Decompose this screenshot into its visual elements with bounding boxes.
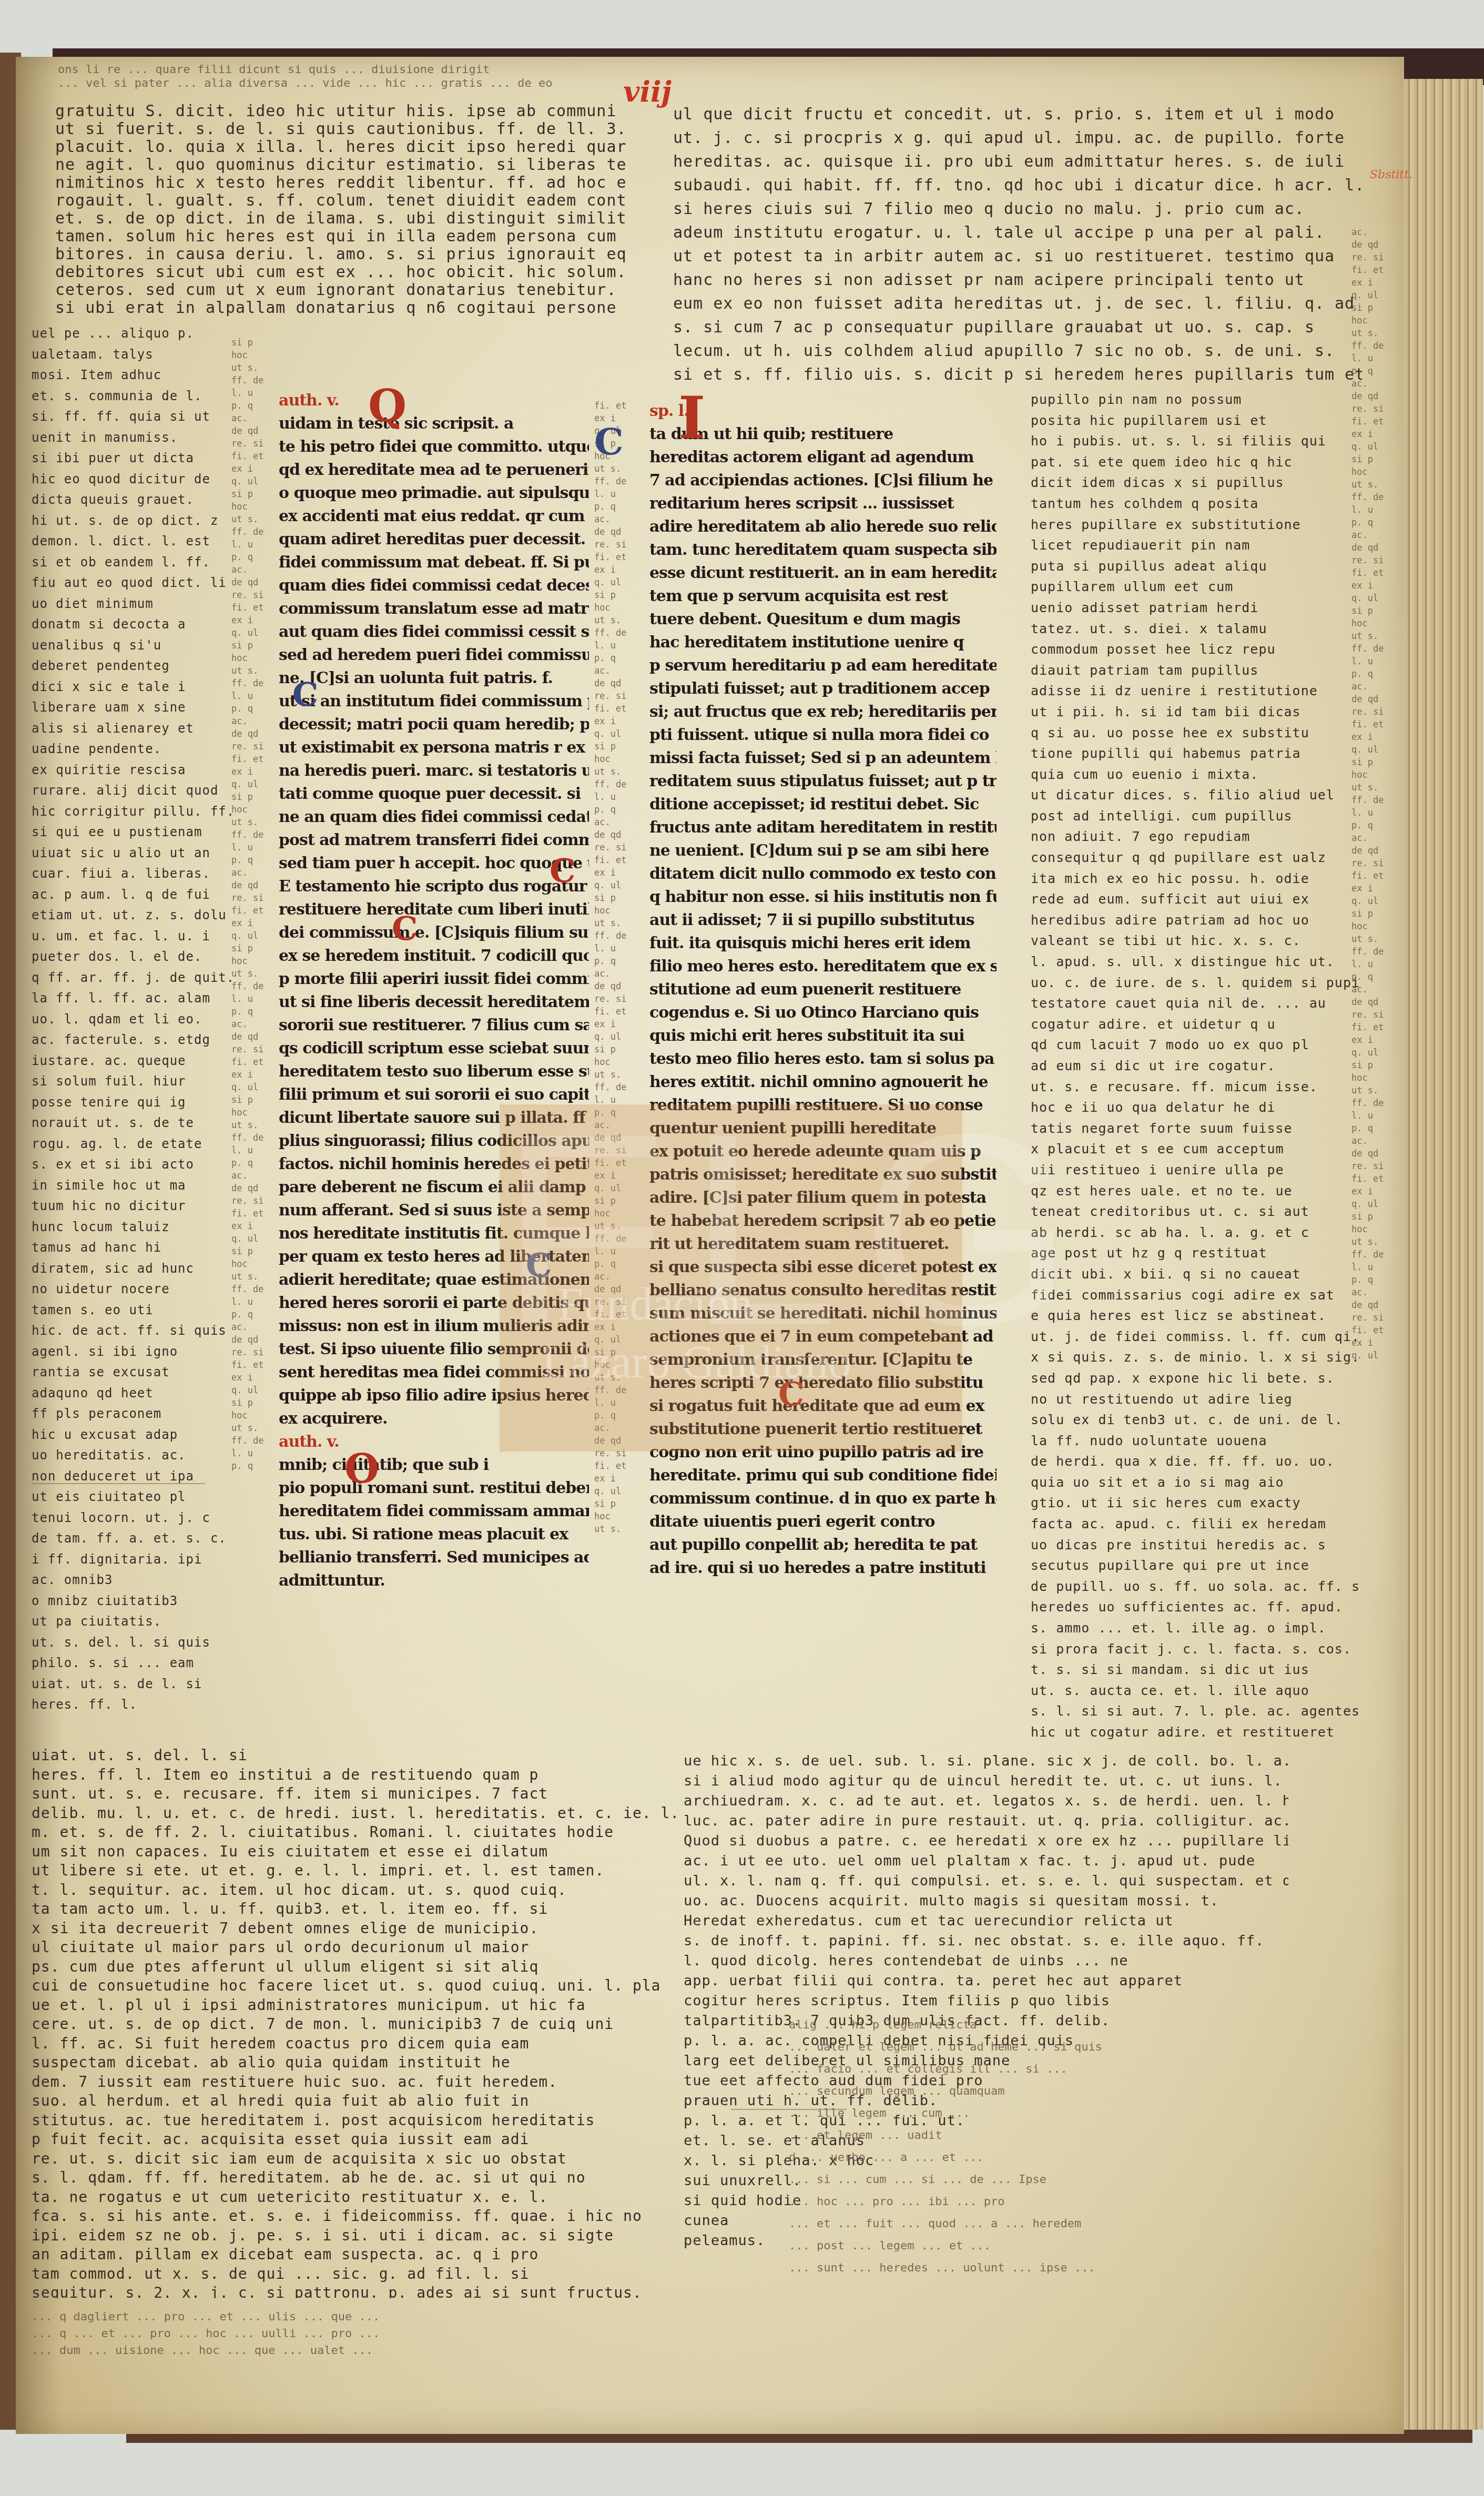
interlinear-note: ex i bbox=[231, 1069, 279, 1081]
text-line: sempronium transferentur. [C]apitu te bbox=[649, 1348, 997, 1372]
interlinear-note: ff. de bbox=[231, 526, 279, 539]
interlinear-note: ff. de bbox=[231, 677, 279, 690]
text-line: uo hereditatis. ac. bbox=[32, 1445, 237, 1466]
text-line: an aditam. pillam ex dicebat eam suspect… bbox=[32, 2245, 689, 2265]
text-line: ... post ... legem ... et ... bbox=[789, 2235, 1367, 2257]
text-line: ut. s. del. l. si quis bbox=[32, 1632, 237, 1653]
interlinear-note: ff. de bbox=[1351, 643, 1394, 655]
interlinear-note: p. q bbox=[1351, 668, 1394, 681]
text-line: i ff. dignitaria. ipi bbox=[32, 1549, 237, 1570]
interlinear-note: ff. de bbox=[1351, 340, 1394, 352]
text-line: ... q ... et ... pro ... hoc ... uulli .… bbox=[32, 2326, 715, 2342]
interlinear-note: fi. et bbox=[594, 400, 649, 412]
interlinear-note: p. q bbox=[594, 652, 649, 665]
text-line: hic u excusat adap bbox=[32, 1425, 237, 1446]
interlinear-note: ut s. bbox=[594, 917, 649, 930]
text-line: ex accidenti mat eius reddat. qr cum an bbox=[279, 505, 589, 528]
text-line: ut et potest ta in arbitr autem ac. si u… bbox=[673, 245, 1362, 268]
text-line: auth. v. bbox=[279, 1430, 589, 1454]
interlinear-note: fi. et bbox=[1351, 1324, 1394, 1337]
interlinear-note: ac. bbox=[594, 1422, 649, 1435]
interlinear-note: si p bbox=[594, 892, 649, 905]
text-line: donatm si decocta a bbox=[32, 614, 237, 635]
interlinear-note: de qd bbox=[231, 879, 279, 892]
text-line: ... vel si pater ... alia diversa ... vi… bbox=[58, 77, 1362, 90]
text-line: reditatem suus stipulatus fuisset; aut p… bbox=[649, 770, 997, 793]
interlinear-note: ex i bbox=[1351, 731, 1394, 744]
text-line: si ibi puer ut dicta bbox=[32, 448, 237, 469]
interlinear-note: ut s. bbox=[1351, 933, 1394, 946]
text-line: bitores. in causa deriu. l. amo. s. si p… bbox=[55, 246, 626, 263]
text-line: ut. s. aucta ce. et. l. ille aquo bbox=[1031, 1680, 1362, 1701]
text-line: alig ... hi p legem relicta bbox=[789, 2014, 1367, 2036]
text-line: ut si fine liberis decessit hereditatem … bbox=[279, 991, 589, 1014]
interlinear-note: re. si bbox=[1351, 1009, 1394, 1021]
interlinear-note: q. ul bbox=[1351, 441, 1394, 453]
text-line: alis si alienarey et bbox=[32, 718, 237, 739]
text-line: tantum hes colhdem q posita bbox=[1031, 493, 1362, 514]
text-line: non adiuit. 7 ego repudiam bbox=[1031, 826, 1362, 847]
text-line: tamen. solum hic heres est qui in illa e… bbox=[55, 228, 626, 246]
interlinear-note: ut s. bbox=[594, 1372, 649, 1384]
text-line: cuar. fiui a. liberas. bbox=[32, 864, 237, 885]
text-line: si que suspecta sibi esse diceret potest… bbox=[649, 1256, 997, 1279]
text-line: nimitinos hic x testo heres reddit liben… bbox=[55, 174, 626, 192]
interlinear-note: p. q bbox=[231, 1460, 279, 1473]
text-line: ad ire. qui si uo heredes a patre instit… bbox=[649, 1557, 997, 1580]
interlinear-note: p. q bbox=[594, 1258, 649, 1271]
text-line: aut ii adisset; 7 ii si pupillo substitu… bbox=[649, 909, 997, 932]
text-line: ualetaam. talys bbox=[32, 344, 237, 366]
text-line: app. uerbat filii qui contra. ta. peret … bbox=[684, 1971, 1288, 1991]
interlinear-note: q. ul bbox=[594, 576, 649, 589]
text-line: no uidetur nocere bbox=[32, 1279, 237, 1300]
interlinear-note: q. ul bbox=[1351, 1198, 1394, 1211]
text-line: ... dum ... uisione ... hoc ... que ... … bbox=[32, 2342, 715, 2359]
interlinear-note: ut s. bbox=[594, 1523, 649, 1536]
text-line: nos hereditate institutis fit. cumque he… bbox=[279, 1222, 589, 1245]
text-line: ... ille legem ... cum ... bbox=[789, 2103, 1367, 2125]
interlinear-note: l. u bbox=[1351, 1261, 1394, 1274]
text-line: ad eum si dic ut ire cogatur. bbox=[1031, 1056, 1362, 1077]
interlinear-note: ex i bbox=[594, 1321, 649, 1334]
interlinear-note: hoc bbox=[231, 501, 279, 513]
text-line: q ff. ar. ff. j. de quit. bbox=[32, 968, 237, 989]
text-line: stitutione ad eum puenerit restituere bbox=[649, 978, 997, 1001]
text-line: age post ut hz g q restituat bbox=[1031, 1243, 1362, 1264]
text-line: uenio adisset patriam herdi bbox=[1031, 597, 1362, 618]
text-line: x si quis. z. s. de minio. l. x si sig. … bbox=[1031, 1347, 1362, 1368]
text-line: tam. tunc hereditatem quam suspecta sibi bbox=[649, 539, 997, 562]
text-line: ac. facterule. s. etdg bbox=[32, 1030, 237, 1051]
interlinear-note: re. si bbox=[1351, 1160, 1394, 1173]
text-line: de herdi. qua x die. ff. ff. uo. uo. bbox=[1031, 1451, 1362, 1472]
text-line: belliano senatus consulto hereditas rest… bbox=[649, 1279, 997, 1302]
interlinear-note: ac. bbox=[231, 1321, 279, 1334]
interlinear-note: ut s. bbox=[1351, 630, 1394, 643]
text-line: si; aut fructus que ex reb; hereditariis… bbox=[649, 701, 997, 724]
text-line: cogatur adire. et uidetur q u bbox=[1031, 1014, 1362, 1035]
interlinear-note: re. si bbox=[231, 1043, 279, 1056]
text-line: decessit; matri pocii quam heredib; piau… bbox=[279, 713, 589, 736]
interlinear-note: re. si bbox=[1351, 251, 1394, 264]
text-line: rit ut hereditatem suam restitueret. bbox=[649, 1233, 997, 1256]
interlinear-note: fi. et bbox=[1351, 718, 1394, 731]
interlinear-note: si p bbox=[1351, 1059, 1394, 1072]
interlinear-note: si p bbox=[231, 1245, 279, 1258]
text-line: deberet pendenteg bbox=[32, 656, 237, 677]
text-line: t. s. si si mandam. si dic ut ius bbox=[1031, 1659, 1362, 1680]
text-line: qd ex hereditate mea ad te peruenerit fi… bbox=[279, 459, 589, 482]
interlinear-note: p. q bbox=[1351, 516, 1394, 529]
text-line: ff pls peraconem bbox=[32, 1404, 237, 1425]
text-line: ut. j. de fidei commiss. l. ff. cum qi. … bbox=[1031, 1326, 1362, 1347]
text-line: heredes uo sufficientes ac. ff. apud. bbox=[1031, 1597, 1362, 1618]
interlinear-note: l. u bbox=[231, 1144, 279, 1157]
text-line: post ad matrem transferri fidei commissu… bbox=[279, 829, 589, 852]
text-line: ... secundum legem ... quamquam bbox=[789, 2081, 1367, 2103]
text-line: l. apud. s. ull. x distingue hic ut. bbox=[1031, 951, 1362, 972]
interlinear-note: ut s. bbox=[594, 766, 649, 778]
interlinear-note: re. si bbox=[1351, 706, 1394, 718]
interlinear-note: si p bbox=[1351, 908, 1394, 920]
interlinear-note: re. si bbox=[594, 539, 649, 551]
interlinear-note: hoc bbox=[231, 1258, 279, 1271]
text-line: sum miscuit se hereditati. nichil hominu… bbox=[649, 1302, 997, 1325]
text-line: rogu. ag. l. de etate bbox=[32, 1134, 237, 1155]
text-line: ta tam acto um. l. u. ff. quib3. et. l. … bbox=[32, 1900, 689, 1919]
text-line: pio populi romani sunt. restitui debere.… bbox=[279, 1477, 589, 1500]
interlinear-note: de qd bbox=[1351, 390, 1394, 403]
text-line: stipulati fuisset; aut p traditionem acc… bbox=[649, 677, 997, 701]
text-line: qz est heres uale. et no te. ue bbox=[1031, 1181, 1362, 1202]
text-line: ... et legem ... uadit bbox=[789, 2125, 1367, 2147]
text-line: o quoque meo primadie. aut sipulsquid bbox=[279, 482, 589, 505]
interlinear-note: ac. bbox=[231, 564, 279, 576]
text-line: ... ualer et legem ... ut ad heme ... si… bbox=[789, 2036, 1367, 2058]
interlinear-note: hoc bbox=[1351, 617, 1394, 630]
text-line: commodum posset hee licz repu bbox=[1031, 639, 1362, 660]
interlinear-note: ut s. bbox=[1351, 1236, 1394, 1249]
text-line: archiuedram. x. c. ad te aut. et. legato… bbox=[684, 1791, 1288, 1811]
interlinear-note: hoc bbox=[231, 955, 279, 968]
text-line: p fuit fecit. ac. acquisita esset quia i… bbox=[32, 2130, 689, 2149]
text-line: pupillarem ullum eet cum bbox=[1031, 576, 1362, 597]
interlinear-note: q. ul bbox=[231, 1384, 279, 1397]
interlinear-note: fi. et bbox=[1351, 870, 1394, 882]
interlinear-note: ac. bbox=[594, 816, 649, 829]
interlinear-note: fi. et bbox=[594, 703, 649, 715]
text-line: etiam ut. ut. z. s. dolu bbox=[32, 905, 237, 926]
interlinear-note: q. ul bbox=[594, 1182, 649, 1195]
text-line: reditatem pupilli restituere. Si uo cons… bbox=[649, 1094, 997, 1117]
text-line: hic. de act. ff. si quis bbox=[32, 1321, 237, 1342]
text-line: ... et ... fuit ... quod ... a ... hered… bbox=[789, 2213, 1367, 2235]
text-line: ul. x. l. nam q. ff. qui compulsi. et. s… bbox=[684, 1871, 1288, 1891]
text-line: heres extitit. nichil omnino agnouerit h… bbox=[649, 1071, 997, 1094]
text-line: ex se heredem instituit. 7 codicill quo bbox=[279, 945, 589, 968]
text-line: post ad intelligi. cum pupillus bbox=[1031, 806, 1362, 827]
text-line: ex quiritie rescisa bbox=[32, 760, 237, 781]
interlinear-note: fi. et bbox=[594, 1157, 649, 1170]
text-line: s. l. qdam. ff. ff. hereditatem. ab he d… bbox=[32, 2168, 689, 2188]
text-line: ac. p aum. l. q de fui bbox=[32, 885, 237, 906]
text-line: uiat. ut. s. del. l. si bbox=[32, 1746, 689, 1766]
text-line: liberare uam x sine bbox=[32, 697, 237, 718]
interlinear-note: l. u bbox=[1351, 352, 1394, 365]
main-text-left-column: auth. v.uidam in testo sic scripsit. ate… bbox=[279, 389, 589, 1651]
text-line: patris omisisset; hereditate ex suo subs… bbox=[649, 1163, 997, 1186]
interlinear-note: ut s. bbox=[231, 665, 279, 677]
interlinear-note: hoc bbox=[1351, 1072, 1394, 1084]
interlinear-note: ff. de bbox=[231, 1435, 279, 1447]
text-line: sent hereditas mea fidei commissi non de… bbox=[279, 1361, 589, 1384]
interlinear-note: l. u bbox=[231, 690, 279, 703]
interlinear-note: q. ul bbox=[1351, 1047, 1394, 1059]
text-line: ne agit. l. quo quominus dicitur estimat… bbox=[55, 156, 626, 174]
text-line: sororii sue restituerer. 7 filius cum sa… bbox=[279, 1014, 589, 1037]
text-line: ac. omnib3 bbox=[32, 1570, 237, 1591]
text-line: tus. ubi. Si ratione meas placuit ex bbox=[279, 1523, 589, 1546]
text-line: ut libere si ete. ut et. g. e. l. l. imp… bbox=[32, 1861, 689, 1881]
gloss-underline bbox=[731, 2109, 847, 2110]
interlinear-note: p. q bbox=[594, 1107, 649, 1119]
text-line: pat. si ete quem ideo hic q hic bbox=[1031, 452, 1362, 473]
text-line: luc. ac. pater adire in pure restauit. u… bbox=[684, 1811, 1288, 1831]
text-line: delib. mu. l. u. et. c. de hredi. iust. … bbox=[32, 1804, 689, 1823]
interlinear-note: p. q bbox=[1351, 365, 1394, 378]
text-line: test. Si ipso uiuente filio sempronii de… bbox=[279, 1338, 589, 1361]
text-line: q si au. uo posse hee ex substitu bbox=[1031, 723, 1362, 744]
text-line: eum ex eo non fuisset adita hereditas ut… bbox=[673, 292, 1362, 316]
interlinear-note: l. u bbox=[594, 488, 649, 501]
text-line: uo. l. qdam et li eo. bbox=[32, 1009, 237, 1030]
interlinear-note: ac. bbox=[594, 513, 649, 526]
interlinear-note: fi. et bbox=[1351, 264, 1394, 277]
interlinear-note: hoc bbox=[594, 602, 649, 614]
interlinear-note: ex i bbox=[231, 614, 279, 627]
main-text-right-column: sp. l.ta dum ut hii quib; restituerehere… bbox=[649, 400, 997, 1662]
text-line: ut. j. c. si procpris x g. qui apud ul. … bbox=[673, 126, 1362, 150]
text-line: dicit idem dicas x si pupillus bbox=[1031, 472, 1362, 493]
folio-number: viij bbox=[623, 75, 672, 108]
interlinear-note: ex i bbox=[1351, 1185, 1394, 1198]
text-line: et. s. communia de l. bbox=[32, 386, 237, 407]
text-line: e quia heres est licz se abstineat. bbox=[1031, 1305, 1362, 1326]
interlinear-note: l. u bbox=[1351, 958, 1394, 971]
text-line: um sit non capaces. Iu eis ciuitatem et … bbox=[32, 1842, 689, 1862]
interlinear-note: ut s. bbox=[594, 614, 649, 627]
interlinear-note: ff. de bbox=[1351, 1249, 1394, 1261]
text-line: gtio. ut ii sic heres cum exacty bbox=[1031, 1493, 1362, 1514]
interlinear-note: q. ul bbox=[594, 1485, 649, 1498]
text-line: ... sunt ... heredes ... uolunt ... ipse… bbox=[789, 2257, 1367, 2279]
text-line: ut i pii. h. si id tam bii dicas bbox=[1031, 702, 1362, 723]
text-line: quia uo sit et a io si mag aio bbox=[1031, 1472, 1362, 1493]
text-line: philo. s. si ... eam bbox=[32, 1653, 237, 1674]
text-line: hanc no heres si non adisset pr nam acip… bbox=[673, 268, 1362, 292]
interlinear-note: fi. et bbox=[231, 1208, 279, 1220]
interlinear-note: hoc bbox=[231, 804, 279, 816]
text-line: uo. ac. Duocens acquirit. multo magis si… bbox=[684, 1891, 1288, 1911]
text-line: cogno non erit uino pupillo patris ad ir… bbox=[649, 1441, 997, 1464]
text-line: hereditate. primu qui sub conditione fid… bbox=[649, 1464, 997, 1487]
interlinear-note: de qd bbox=[594, 526, 649, 539]
text-line: Heredat exheredatus. cum et tac uerecund… bbox=[684, 1911, 1288, 1931]
interlinear-note: de qd bbox=[1351, 542, 1394, 554]
text-line: auth. v. bbox=[279, 389, 589, 412]
text-line: ps. cum due ptes afferunt ul ullum elige… bbox=[32, 1957, 689, 1977]
interlinear-note: hoc bbox=[231, 349, 279, 362]
interlinear-note: ac. bbox=[594, 968, 649, 980]
interlinear-note: fi. et bbox=[231, 602, 279, 614]
text-line: substitutione puenerit tertio restituere… bbox=[649, 1418, 997, 1441]
text-line: demon. l. dict. l. est bbox=[32, 531, 237, 552]
text-line: hereditas. ac. quisque ii. pro ubi eum a… bbox=[673, 150, 1362, 174]
interlinear-note: fi. et bbox=[231, 905, 279, 917]
text-line: hoc e ii uo qua delatur he di bbox=[1031, 1097, 1362, 1118]
text-line: fidei commissarius cogi adire ex sat bbox=[1031, 1285, 1362, 1306]
text-line: si prora facit j. c. l. facta. s. cos. bbox=[1031, 1639, 1362, 1660]
text-line: debitores sicut ubi cum est ex ... hoc o… bbox=[55, 263, 626, 281]
text-line: uidam in testo sic scripsit. a bbox=[279, 412, 589, 435]
text-line: qd cum lacuit 7 modo uo ex quo pl bbox=[1031, 1034, 1362, 1056]
interlinear-note: q. ul bbox=[594, 728, 649, 740]
text-line: ne. [C]si an uolunta fuit patris. f. bbox=[279, 667, 589, 690]
text-line: fidei commissum mat debeat. ff. Si puer … bbox=[279, 551, 589, 574]
interlinear-note: fi. et bbox=[594, 1006, 649, 1018]
text-line: stitutus. ac. tue hereditatem i. post ac… bbox=[32, 2111, 689, 2130]
text-line: sed ad heredem pueri fidei commissum pri bbox=[279, 644, 589, 667]
text-line: quippe ab ipso filio adire ipsius heredi… bbox=[279, 1384, 589, 1407]
text-line: ut eis ciuitateo pl bbox=[32, 1487, 237, 1508]
interlinear-note: ut s. bbox=[594, 463, 649, 475]
gloss-bottom-left: uiat. ut. s. del. l. siheres. ff. l. Ite… bbox=[32, 1746, 689, 2298]
text-line: suspectam dicebat. ab alio quia quidam i… bbox=[32, 2053, 689, 2073]
text-line: adire hereditatem ab alio herede suo rel… bbox=[649, 515, 997, 539]
text-line: mnib; ciuitatib; que sub i bbox=[279, 1454, 589, 1477]
interlinear-note: hoc bbox=[1351, 314, 1394, 327]
interlinear-note: ac. bbox=[1351, 1135, 1394, 1148]
text-line: uo diet minimum bbox=[32, 594, 237, 615]
interlinear-note: ex i bbox=[231, 766, 279, 778]
interlinear-note: si p bbox=[231, 640, 279, 652]
text-line: s. ammo ... et. l. ille ag. o impl. bbox=[1031, 1618, 1362, 1639]
text-line: s. si cum 7 ac p consequatur pupillare g… bbox=[673, 316, 1362, 339]
interlinear-note: si p bbox=[231, 337, 279, 349]
interlinear-note: de qd bbox=[1351, 693, 1394, 706]
interlinear-note: ff. de bbox=[231, 1132, 279, 1144]
text-line: bellianio transferri. Sed municipes adea… bbox=[279, 1546, 589, 1569]
interlinear-note: p. q bbox=[1351, 1122, 1394, 1135]
text-line: dem. 7 iussit eam restituere huic suo. a… bbox=[32, 2073, 689, 2092]
text-line: ul ciuitate ul maior pars ul ordo decuri… bbox=[32, 1938, 689, 1957]
interlinear-note: ac. bbox=[1351, 983, 1394, 996]
interlinear-note: ff. de bbox=[594, 475, 649, 488]
interlinear-note: q. ul bbox=[231, 1233, 279, 1245]
interlinear-note: l. u bbox=[1351, 1110, 1394, 1122]
interlinear-note: ex i bbox=[1351, 580, 1394, 592]
text-line: filio meo heres esto. hereditatem que ex… bbox=[649, 955, 997, 978]
text-line: rantia se excusat bbox=[32, 1362, 237, 1383]
interlinear-note: hoc bbox=[231, 1409, 279, 1422]
interlinear-note: q. ul bbox=[231, 475, 279, 488]
interlinear-note: ut s. bbox=[231, 513, 279, 526]
text-line: dicit ubi. x bii. q si no caueat bbox=[1031, 1264, 1362, 1285]
interlinear-note: de qd bbox=[1351, 239, 1394, 251]
text-line: si rogatus fuit hereditate que ad eum ex bbox=[649, 1395, 997, 1418]
interlinear-note: p. q bbox=[1351, 971, 1394, 983]
gloss-right-column: pupillo pin nam no possumposita hic pupi… bbox=[1031, 389, 1362, 1751]
interlinear-note: si p bbox=[231, 1397, 279, 1409]
text-line: tam commod. ut x. s. de qui ... sic. g. … bbox=[32, 2265, 689, 2284]
interlinear-note: ut s. bbox=[231, 362, 279, 374]
interlinear-note: q. ul bbox=[1351, 592, 1394, 605]
text-line: la ff. nudo uoluntate uouena bbox=[1031, 1430, 1362, 1452]
interlinear-note: ff. de bbox=[594, 1233, 649, 1245]
interlinear-note: de qd bbox=[1351, 1148, 1394, 1160]
text-line: si heres ciuis sui 7 filio meo q ducio n… bbox=[673, 197, 1362, 221]
interlinear-note: q. ul bbox=[1351, 895, 1394, 908]
interlinear-note: si p bbox=[594, 740, 649, 753]
interlinear-note: re. si bbox=[594, 1144, 649, 1157]
interlinear-note: ac. bbox=[594, 1271, 649, 1283]
text-line: hac hereditatem institutione uenire q bbox=[649, 631, 997, 654]
text-line: aut quam dies fidei commissi cessit si d… bbox=[279, 621, 589, 644]
text-line: sed qd pap. x expone hic li bete. s. bbox=[1031, 1368, 1362, 1389]
interlinear-note: de qd bbox=[231, 1334, 279, 1346]
interlinear-note: ac. bbox=[231, 715, 279, 728]
initial-C-blue-3: C bbox=[526, 1249, 552, 1282]
text-line: valeant se tibi ut hic. x. s. c. bbox=[1031, 930, 1362, 951]
interlinear-note: ex i bbox=[594, 715, 649, 728]
text-line: esse dicunt restituerit. an in eam hered… bbox=[649, 562, 997, 585]
interlinear-note: si p bbox=[1351, 1211, 1394, 1223]
interlinear-note: hoc bbox=[594, 1208, 649, 1220]
interlinear-note: ex i bbox=[594, 867, 649, 879]
interlinear-note: fi. et bbox=[594, 1308, 649, 1321]
text-line: quentur uenient pupilli hereditate bbox=[649, 1117, 997, 1140]
text-line: si. ff. ff. quia si ut bbox=[32, 407, 237, 428]
text-line: dei commissum e. [C]siquis filium suum bbox=[279, 921, 589, 945]
text-line: ditate uiuentis pueri egerit contro bbox=[649, 1510, 997, 1534]
text-line: uel pe ... aliquo p. bbox=[32, 323, 237, 344]
text-line: uo. c. de iure. de s. l. quidem si pupi bbox=[1031, 972, 1362, 993]
initial-Q: Q bbox=[368, 384, 406, 428]
interlinear-note: de qd bbox=[594, 677, 649, 690]
text-line: ul que dicit fructu et concedit. ut. s. … bbox=[673, 103, 1362, 126]
text-line: re. ut. s. dicit sic iam eum de acquisit… bbox=[32, 2149, 689, 2169]
interlinear-notes-right: ac.de qdre. sifi. etex iq. ulsi phocut s… bbox=[1351, 226, 1394, 1751]
text-line: tione pupilli qui habemus patria bbox=[1031, 743, 1362, 764]
interlinear-note: ac. bbox=[231, 1170, 279, 1182]
interlinear-note: ex i bbox=[231, 1372, 279, 1384]
interlinear-note: p. q bbox=[231, 1157, 279, 1170]
text-line: ... si ... cum ... si ... de ... Ipse bbox=[789, 2169, 1367, 2191]
text-line: pupillo pin nam no possum bbox=[1031, 389, 1362, 410]
interlinear-note: ac. bbox=[1351, 1286, 1394, 1299]
interlinear-note: ut s. bbox=[231, 968, 279, 980]
interlinear-note: re. si bbox=[594, 690, 649, 703]
interlinear-note: p. q bbox=[231, 551, 279, 564]
interlinear-note: re. si bbox=[594, 1447, 649, 1460]
text-line: agenl. si ibi igno bbox=[32, 1342, 237, 1363]
text-line: factos. nichil hominis heredes ei petitu… bbox=[279, 1153, 589, 1176]
text-line: quis michi erit heres substituit ita sui bbox=[649, 1024, 997, 1048]
interlinear-note: si p bbox=[231, 1094, 279, 1107]
interlinear-note: l. u bbox=[594, 1245, 649, 1258]
text-line: fuit. ita quisquis michi heres erit idem bbox=[649, 932, 997, 955]
